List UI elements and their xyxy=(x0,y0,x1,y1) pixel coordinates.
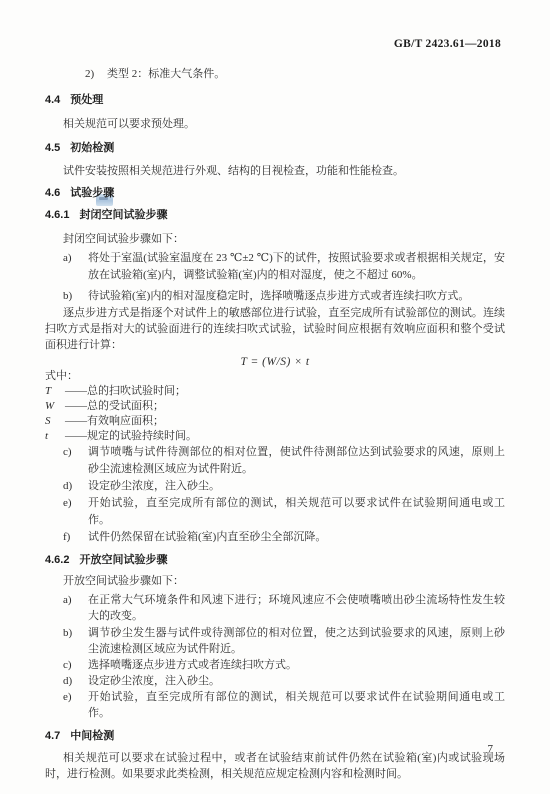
formula: T = (W/S) × t xyxy=(45,355,505,369)
list-item: c) 调节喷嘴与试件待测部位的相对位置，使试件待测部位达到试验要求的风速，原则上… xyxy=(45,444,505,478)
section-number: 4.5 xyxy=(45,142,60,154)
section-heading-4-6: 4.6试验步骤 xyxy=(45,185,505,202)
list-item-marker: b) xyxy=(63,288,72,305)
list-item-marker: a) xyxy=(63,592,72,608)
list-intro: 开放空间试验步骤如下： xyxy=(45,573,505,590)
list-item-text: 调节砂尘发生器与试件或待测部位的相对位置，使之达到试验要求的风速，原则上砂尘流速… xyxy=(88,627,505,655)
variable-definition: T——总的扫吹试验时间； xyxy=(45,384,505,399)
formula-expression: T = (W/S) × t xyxy=(240,356,309,368)
list-item-marker: d) xyxy=(63,673,72,689)
variable-symbol: W xyxy=(45,399,65,414)
list-item-text: 调节喷嘴与试件待测部位的相对位置，使试件待测部位达到试验要求的风速，原则上砂尘流… xyxy=(88,446,505,475)
paragraph: 逐点步进方式是指逐个对试件上的敏感部位进行试验，直至完成所有试验部位的测试。连续… xyxy=(45,305,505,353)
list-item: c) 选择喷嘴逐点步进方式或者连续扫吹方式。 xyxy=(45,657,505,673)
section-heading-4-4: 4.4预处理 xyxy=(45,92,505,109)
variable-symbol: S xyxy=(45,414,65,429)
list-item-marker: e) xyxy=(63,689,72,705)
list-item: e) 开始试验，直至完成所有部位的测试，相关规范可以要求试件在试验期间通电或工作… xyxy=(45,689,505,721)
section-title: 中间检测 xyxy=(70,730,114,742)
carryover-list-item: 2) 类型 2：标准大气条件。 xyxy=(85,66,505,83)
variable-definitions: T——总的扫吹试验时间； W——总的受试面积； S——有效响应面积； t——规定… xyxy=(45,384,505,444)
variable-definition: S——有效响应面积； xyxy=(45,414,505,429)
list-item: b) 待试验箱(室)内的相对湿度稳定时，选择喷嘴逐点步进方式或者连续扫吹方式。 xyxy=(45,288,505,305)
paragraph: 试件安装按照相关规范进行外观、结构的目视检查，功能和性能检查。 xyxy=(45,163,505,180)
list-item-marker: 2) xyxy=(85,66,94,83)
list-item-marker: f) xyxy=(63,529,70,546)
variable-symbol: t xyxy=(45,429,65,444)
list-item-text: 待试验箱(室)内的相对湿度稳定时，选择喷嘴逐点步进方式或者连续扫吹方式。 xyxy=(88,290,469,302)
where-label: 式中： xyxy=(45,369,505,384)
list-item-marker: c) xyxy=(63,444,72,461)
section-number: 4.4 xyxy=(45,94,60,106)
list-item-text: 开始试验，直至完成所有部位的测试，相关规范可以要求试件在试验期间通电或工作。 xyxy=(88,497,505,526)
list-item-marker: d) xyxy=(63,478,72,495)
list-item-text: 设定砂尘浓度，注入砂尘。 xyxy=(88,675,220,687)
section-number: 4.6.2 xyxy=(45,554,69,566)
variable-desc: ——总的受试面积； xyxy=(65,400,164,412)
section-heading-4-5: 4.5初始检测 xyxy=(45,140,505,157)
section-title: 封闭空间试验步骤 xyxy=(79,209,167,221)
list-item-text: 设定砂尘浓度，注入砂尘。 xyxy=(88,480,220,492)
list-item-text: 将处于室温(试验室温度在 23 ℃±2 ℃)下的试件，按照试验要求或者根据相关规… xyxy=(88,252,505,281)
section-heading-4-7: 4.7中间检测 xyxy=(45,728,505,745)
list-item-text: 开始试验，直至完成所有部位的测试，相关规范可以要求试件在试验期间通电或工作。 xyxy=(88,691,505,719)
variable-desc: ——有效响应面积； xyxy=(65,415,164,427)
page-content: 2) 类型 2：标准大气条件。 4.4预处理 相关规范可以要求预处理。 4.5初… xyxy=(45,64,505,782)
list-item-marker: a) xyxy=(63,250,72,267)
list-item-text: 在正常大气环境条件和风速下进行；环境风速应不会使喷嘴喷出砂尘流场特性发生较大的改… xyxy=(88,594,505,622)
list-item-text: 选择喷嘴逐点步进方式或者连续扫吹方式。 xyxy=(88,659,297,671)
variable-definition: t——规定的试验持续时间。 xyxy=(45,429,505,444)
list-item: a) 在正常大气环境条件和风速下进行；环境风速应不会使喷嘴喷出砂尘流场特性发生较… xyxy=(45,592,505,624)
document-page: GB/T 2423.61—2018 2) 类型 2：标准大气条件。 4.4预处理… xyxy=(0,0,550,794)
variable-symbol: T xyxy=(45,384,65,399)
section-number: 4.6 xyxy=(45,187,60,199)
section-title: 试验步骤 xyxy=(70,187,114,199)
section-heading-4-6-1: 4.6.1封闭空间试验步骤 xyxy=(45,207,505,224)
list-intro: 封闭空间试验步骤如下： xyxy=(45,231,505,248)
list-item: b) 调节砂尘发生器与试件或待测部位的相对位置，使之达到试验要求的风速，原则上砂… xyxy=(45,625,505,657)
variable-desc: ——规定的试验持续时间。 xyxy=(65,430,197,442)
list-item: d) 设定砂尘浓度，注入砂尘。 xyxy=(45,673,505,689)
list-item-marker: c) xyxy=(63,657,72,673)
page-number: 7 xyxy=(488,743,494,755)
list-item-marker: b) xyxy=(63,625,72,641)
list-item: f) 试件仍然保留在试验箱(室)内直至砂尘全部沉降。 xyxy=(45,529,505,546)
section-number: 4.6.1 xyxy=(45,209,69,221)
list-item-text: 类型 2：标准大气条件。 xyxy=(107,68,225,80)
section-title: 初始检测 xyxy=(70,142,114,154)
section-heading-4-6-2: 4.6.2开放空间试验步骤 xyxy=(45,552,505,569)
section-title: 开放空间试验步骤 xyxy=(79,554,167,566)
variable-definition: W——总的受试面积； xyxy=(45,399,505,414)
paragraph: 相关规范可以要求预处理。 xyxy=(45,116,505,133)
variable-desc: ——总的扫吹试验时间； xyxy=(65,385,186,397)
paragraph: 相关规范可以要求在试验过程中，或者在试验结束前试件仍然在试验箱(室)内或试验现场… xyxy=(45,750,505,782)
list-item: a) 将处于室温(试验室温度在 23 ℃±2 ℃)下的试件，按照试验要求或者根据… xyxy=(45,250,505,284)
list-item-marker: e) xyxy=(63,495,72,512)
section-number: 4.7 xyxy=(45,730,60,742)
list-item: e) 开始试验，直至完成所有部位的测试，相关规范可以要求试件在试验期间通电或工作… xyxy=(45,495,505,529)
section-title: 预处理 xyxy=(70,94,103,106)
list-item: d) 设定砂尘浓度，注入砂尘。 xyxy=(45,478,505,495)
doc-header-code: GB/T 2423.61—2018 xyxy=(394,38,501,50)
list-item-text: 试件仍然保留在试验箱(室)内直至砂尘全部沉降。 xyxy=(88,531,326,543)
